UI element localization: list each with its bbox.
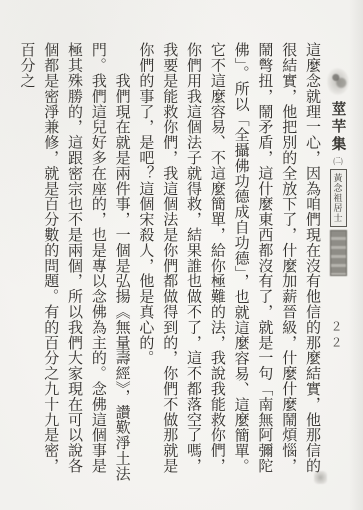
author-box: 黃念祖居士 xyxy=(330,169,347,227)
seal-stamp-icon xyxy=(327,68,349,95)
book-page: 莖芉集 (二) 黃念祖居士 ２２ 這麼念就理一心，因為咱們現在沒有他信的那麼結實… xyxy=(0,0,363,510)
page-number: ２２ xyxy=(328,320,345,352)
main-text: 這麼念就理一心，因為咱們現在沒有他信的那麼結實，他那信的很結實，他把別的全放下了… xyxy=(37,42,323,484)
paragraph-1: 這麼念就理一心，因為咱們現在沒有他信的那麼結實，他那信的很結實，他把別的全放下了… xyxy=(133,42,323,484)
book-title: 莖芉集 xyxy=(328,101,349,154)
volume-number: (二) xyxy=(333,156,343,165)
illegible-label-box xyxy=(330,230,347,276)
paragraph-2: 我們現在就是兩件事，一個是弘揚《無量壽經》，讚歎淨土法門。我們這兒好多在座的，也… xyxy=(14,42,133,484)
corner-ornament xyxy=(314,471,327,484)
title-block: 莖芉集 (二) 黃念祖居士 xyxy=(326,68,350,276)
